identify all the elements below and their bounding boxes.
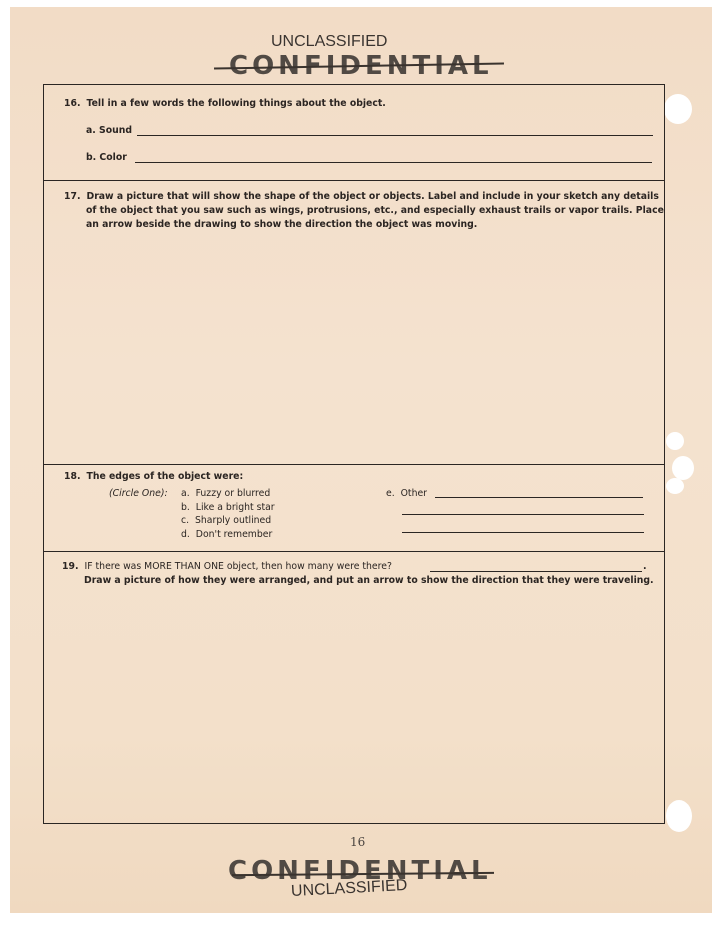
question-17-text: 17.Draw a picture that will show the sha… xyxy=(64,190,664,232)
count-period: . xyxy=(643,560,647,574)
option-b[interactable]: b. Like a bright star xyxy=(181,501,275,515)
question-16-section: 16.Tell in a few words the following thi… xyxy=(44,85,664,181)
question-18-section: 18.The edges of the object were: (Circle… xyxy=(44,465,664,552)
circle-one-instruction: (Circle One): xyxy=(109,487,168,501)
option-c[interactable]: c. Sharply outlined xyxy=(181,514,271,528)
question-17-section[interactable]: 17.Draw a picture that will show the sha… xyxy=(44,181,664,465)
sound-label: a. Sound xyxy=(86,124,132,138)
color-label: b. Color xyxy=(86,151,127,165)
top-unclassified-stamp: UNCLASSIFIED xyxy=(271,33,387,51)
punch-hole-bottom xyxy=(666,800,692,832)
other-field-line-2[interactable] xyxy=(402,514,644,515)
punch-hole-middle-c xyxy=(666,478,684,494)
punch-hole-middle-a xyxy=(666,432,684,450)
other-field-line-1[interactable] xyxy=(435,497,643,498)
option-a[interactable]: a. Fuzzy or blurred xyxy=(181,487,270,501)
question-16-text: 16.Tell in a few words the following thi… xyxy=(64,97,386,111)
question-19-section[interactable]: 19.IF there was MORE THAN ONE object, th… xyxy=(44,552,664,825)
other-field-line-3[interactable] xyxy=(402,532,644,533)
object-count-field[interactable] xyxy=(430,571,642,572)
punch-hole-middle-b xyxy=(672,456,694,480)
page-number: 16 xyxy=(350,835,365,849)
punch-hole-top xyxy=(664,94,692,124)
option-d[interactable]: d. Don't remember xyxy=(181,528,272,542)
color-field[interactable] xyxy=(135,162,652,163)
option-e-other: e. Other xyxy=(386,487,427,501)
question-18-text: 18.The edges of the object were: xyxy=(64,470,243,484)
form-box: 16.Tell in a few words the following thi… xyxy=(43,84,665,824)
question-19-text: 19.IF there was MORE THAN ONE object, th… xyxy=(62,560,654,588)
sound-field[interactable] xyxy=(137,135,653,136)
